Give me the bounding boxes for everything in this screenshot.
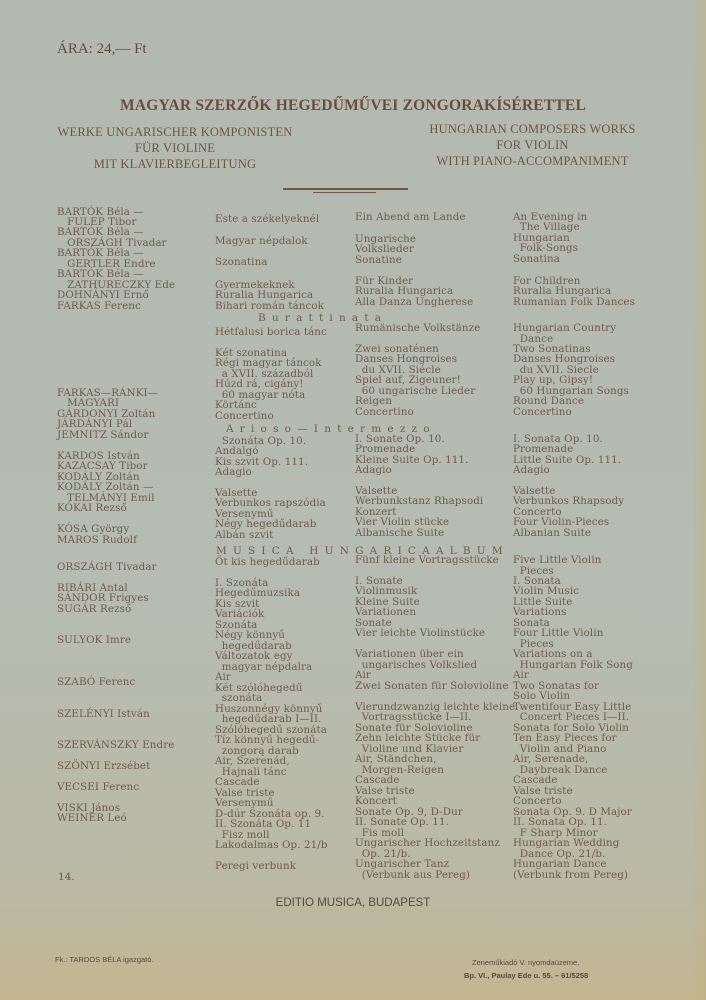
- printer-imprint: Zeneműkiadó V. nyomdaüzeme, Bp. VI., Pau…: [472, 956, 588, 982]
- english-title-line: Four Little Violin: [513, 628, 603, 639]
- hungarian-title-line: Air, Szerenád,: [215, 756, 290, 767]
- english-title-line: Ten Easy Pieces for: [513, 733, 617, 744]
- german-title-line: Vier leichte Violinstücke: [355, 628, 485, 639]
- english-title-line: Promenade: [513, 444, 573, 455]
- composer-line: BARTÓK Béla —: [57, 269, 144, 280]
- english-title-line: Concertino: [513, 407, 572, 418]
- hungarian-title-line: Szonatina: [215, 257, 268, 268]
- section-heading: MUSICA HUNGARICAALBUM: [216, 545, 509, 557]
- publisher-name: EDITIO MUSICA, BUDAPEST: [0, 897, 706, 909]
- composer-line: SUGÁR Rezső: [57, 604, 131, 615]
- hungarian-title-line: II. Szonáta Op. 11: [215, 819, 311, 830]
- subtitle-english-line-1: HUNGARIAN COMPOSERS WORKS: [410, 121, 655, 137]
- hungarian-title-line: Variációk: [215, 609, 264, 620]
- composer-line: JEMNITZ Sándor: [57, 430, 149, 441]
- composer-line: KODÁLY Zoltán —: [57, 482, 153, 493]
- english-title-line: Sonatina: [513, 254, 560, 265]
- composer-line: SÁNDOR Frigyes: [57, 593, 149, 604]
- composer-line: WEINER Leó: [57, 813, 127, 824]
- hungarian-title-line: Hétfalusi borica tánc: [215, 327, 327, 338]
- german-title-line: (Verbunk aus Pereg): [355, 870, 470, 881]
- hungarian-title-line: Bihari román táncok: [215, 301, 324, 312]
- section-heading: Burattinata: [258, 312, 387, 324]
- subtitle-english-line-2: FOR VIOLIN: [410, 137, 655, 153]
- hungarian-title-line: Air: [215, 672, 231, 683]
- composer-line: SZÖNYI Erzsébet: [57, 761, 150, 772]
- english-title-line: II. Sonata Op. 11.: [513, 817, 607, 828]
- hungarian-title-line: Lakodalmas Op. 21/b: [215, 840, 328, 851]
- english-title-line: Adagio: [513, 465, 550, 476]
- subtitle-german-line-1: WERKE UNGARISCHER KOMPONISTEN: [55, 124, 295, 140]
- composer-line: KÓKAI Rezső: [57, 503, 127, 514]
- english-title-line: The Village: [513, 222, 580, 233]
- subtitle-german-line-3: MIT KLAVIERBEGLEITUNG: [55, 156, 295, 172]
- german-title-line: Air: [355, 670, 371, 681]
- english-title-line: Hungarian Wedding: [513, 838, 619, 849]
- hungarian-title-line: Verbunkos rapszódia: [215, 498, 326, 509]
- english-title-line: Folk-Songs: [513, 243, 578, 254]
- composer-line: VECSEI Ferenc: [57, 782, 139, 793]
- german-title-line: Concertino: [355, 407, 414, 418]
- german-title-line: Reigen: [355, 396, 392, 407]
- subtitle-english-line-3: WITH PIANO-ACCOMPANIMENT: [410, 153, 655, 169]
- english-title-line: Danses Hongroises: [513, 354, 615, 365]
- english-title-line: Air: [513, 670, 529, 681]
- composer-line: FARKAS Ferenc: [57, 301, 141, 312]
- german-title-line: Variationen über ein: [355, 649, 464, 660]
- page-title: MAGYAR SZERZŐK HEGEDŰMŰVEI ZONGORAKÍSÉRE…: [0, 97, 706, 115]
- hungarian-title-line: Concertino: [215, 411, 274, 422]
- german-title-line: Air, Ständchen,: [355, 754, 437, 765]
- subtitle-english: HUNGARIAN COMPOSERS WORKS FOR VIOLIN WIT…: [410, 121, 655, 169]
- english-title-line: Violin Music: [513, 586, 579, 597]
- english-title-line: Concerto: [513, 796, 562, 807]
- german-title-line: Albanische Suite: [355, 528, 444, 539]
- page-number: 14.: [58, 871, 75, 883]
- hungarian-title-line: Ruralia Hungarica: [215, 290, 313, 301]
- hungarian-title-line: Magyar népdalok: [215, 236, 308, 247]
- hungarian-title-line: Este a székelyeknél: [215, 214, 319, 225]
- english-title-line: Hungarian Dance: [513, 859, 607, 870]
- english-title-line: Verbunkos Rhapsody: [513, 496, 624, 507]
- german-title-line: Werbunkstanz Rhapsodi: [355, 496, 483, 507]
- german-title-line: Ungarischer Tanz: [355, 859, 449, 870]
- english-title-line: Hungarian Folk Song: [513, 660, 633, 671]
- composer-line: BARTÓK Béla —: [57, 248, 144, 259]
- subtitle-german-line-2: FÜR VIOLINE: [55, 140, 295, 156]
- german-title-line: Rumänische Volkstänze: [355, 323, 480, 334]
- composer-line: MAROS Rudolf: [57, 535, 137, 546]
- english-title-line: Ruralia Hungarica: [513, 286, 611, 297]
- german-title-line: II. Sonate Op. 11.: [355, 817, 449, 828]
- hungarian-title-line: Körtánc: [215, 400, 257, 411]
- printer-line-1: Zeneműkiadó V. nyomdaüzeme,: [472, 956, 588, 969]
- english-title-line: Variations: [513, 607, 567, 618]
- hungarian-title-line: Andalgó: [215, 446, 259, 457]
- german-title-line: Alla Danza Ungherese: [355, 297, 473, 308]
- hungarian-title-line: Hegedűmuzsika: [215, 588, 300, 599]
- price-label: ÁRA: 24,— Ft: [57, 41, 147, 58]
- german-title-line: Spiel auf, Zigeuner!: [355, 375, 461, 386]
- english-title-line: Air, Serenade,: [513, 754, 588, 765]
- hungarian-title-line: Versenymű: [215, 798, 274, 809]
- composer-line: KÓSA György: [57, 524, 129, 535]
- german-title-line: Promenade: [355, 444, 415, 455]
- composer-line: JÁRDÁNYI Pál: [57, 419, 132, 430]
- english-title-line: Concert Pieces I—II.: [513, 712, 629, 723]
- german-title-line: Vier Violin stücke: [355, 517, 449, 528]
- german-title-line: ungarisches Volkslied: [355, 660, 477, 671]
- composer-line: BARTÓK Béla —: [57, 227, 144, 238]
- german-title-line: Zwei Sonaten für Solovioline: [355, 681, 509, 692]
- german-title-line: Violinmusik: [355, 586, 417, 597]
- hungarian-title-line: Albán szvit: [215, 530, 273, 541]
- hungarian-title-line: Cascade: [215, 777, 260, 788]
- hungarian-title-line: Régi magyar táncok: [215, 358, 322, 369]
- english-title-line: Variations on a: [513, 649, 593, 660]
- german-title-line: Vortragsstücke I—II.: [355, 712, 472, 723]
- english-title-line: Five Little Violin: [513, 555, 601, 566]
- printer-line-2: Bp. VI., Paulay Ede u. 55. – 61/5258: [464, 969, 588, 982]
- hungarian-title-line: szonáta: [215, 693, 262, 704]
- german-title-line: Variationen: [355, 607, 416, 618]
- composer-line: KAZACSAY Tibor: [57, 461, 148, 472]
- composer-line: SZERVÁNSZKY Endre: [57, 740, 174, 751]
- english-title-line: (Verbunk from Pereg): [513, 870, 628, 881]
- composer-line: SZABÓ Ferenc: [57, 677, 135, 688]
- english-title-line: Albanian Suite: [513, 528, 591, 539]
- hungarian-title-line: Változatok egy: [215, 651, 293, 662]
- hungarian-title-line: Húzd rá, cigány!: [215, 379, 304, 390]
- subtitle-german: WERKE UNGARISCHER KOMPONISTEN FÜR VIOLIN…: [55, 124, 295, 172]
- hungarian-title-line: Tíz könnyű hegedű-: [215, 735, 319, 746]
- hungarian-title-line: hegedűdarab I—II.: [215, 714, 322, 725]
- composer-line: SULYOK Imre: [57, 635, 131, 646]
- german-title-line: Danses Hongroises: [355, 354, 457, 365]
- hungarian-title-line: Négy hegedűdarab: [215, 519, 316, 530]
- german-title-line: Adagio: [355, 465, 392, 476]
- english-title-line: Rumanian Folk Dances: [513, 297, 635, 308]
- german-title-line: Sonatine: [355, 255, 402, 266]
- hungarian-title-line: Adagio: [215, 467, 252, 478]
- director-imprint: Fk.: TARDOS BÉLA igazgató.: [55, 955, 154, 964]
- german-title-line: Volkslieder: [355, 244, 414, 255]
- german-title-line: Koncert: [355, 796, 397, 807]
- english-title-line: Hungarian Country: [513, 323, 616, 334]
- german-title-line: Zehn leichte Stücke für: [355, 733, 480, 744]
- english-title-line: Solo Violin: [513, 691, 570, 702]
- composer-line: SZELÉNYI István: [57, 709, 150, 720]
- composer-line: ORSZÁGH Tivadar: [57, 562, 157, 573]
- english-title-line: Play up, Gipsy!: [513, 375, 593, 386]
- section-heading: Arioso—Intermezzo: [226, 423, 436, 435]
- hungarian-title-line: Négy könnyű: [215, 630, 285, 641]
- page-edge-shading: [692, 0, 706, 1000]
- decorative-rule-thin: [313, 192, 376, 193]
- hungarian-title-line: Öt kis hegedűdarab: [215, 557, 320, 568]
- german-title-line: Ein Abend am Lande: [355, 212, 466, 223]
- english-title-line: Round Dance: [513, 396, 584, 407]
- german-title-line: Ungarischer Hochzeitstanz: [355, 838, 500, 849]
- decorative-rule-thick: [283, 188, 408, 190]
- german-title-line: Cascade: [355, 775, 400, 786]
- english-title-line: Cascade: [513, 775, 558, 786]
- english-title-line: Four Violin-Pieces: [513, 517, 609, 528]
- hungarian-title-line: Peregi verbunk: [215, 861, 296, 872]
- composer-line: DOHNÁNYI Ernő: [57, 290, 149, 301]
- composer-line: MAGYARI: [57, 398, 119, 409]
- german-title-line: Ruralia Hungarica: [355, 286, 453, 297]
